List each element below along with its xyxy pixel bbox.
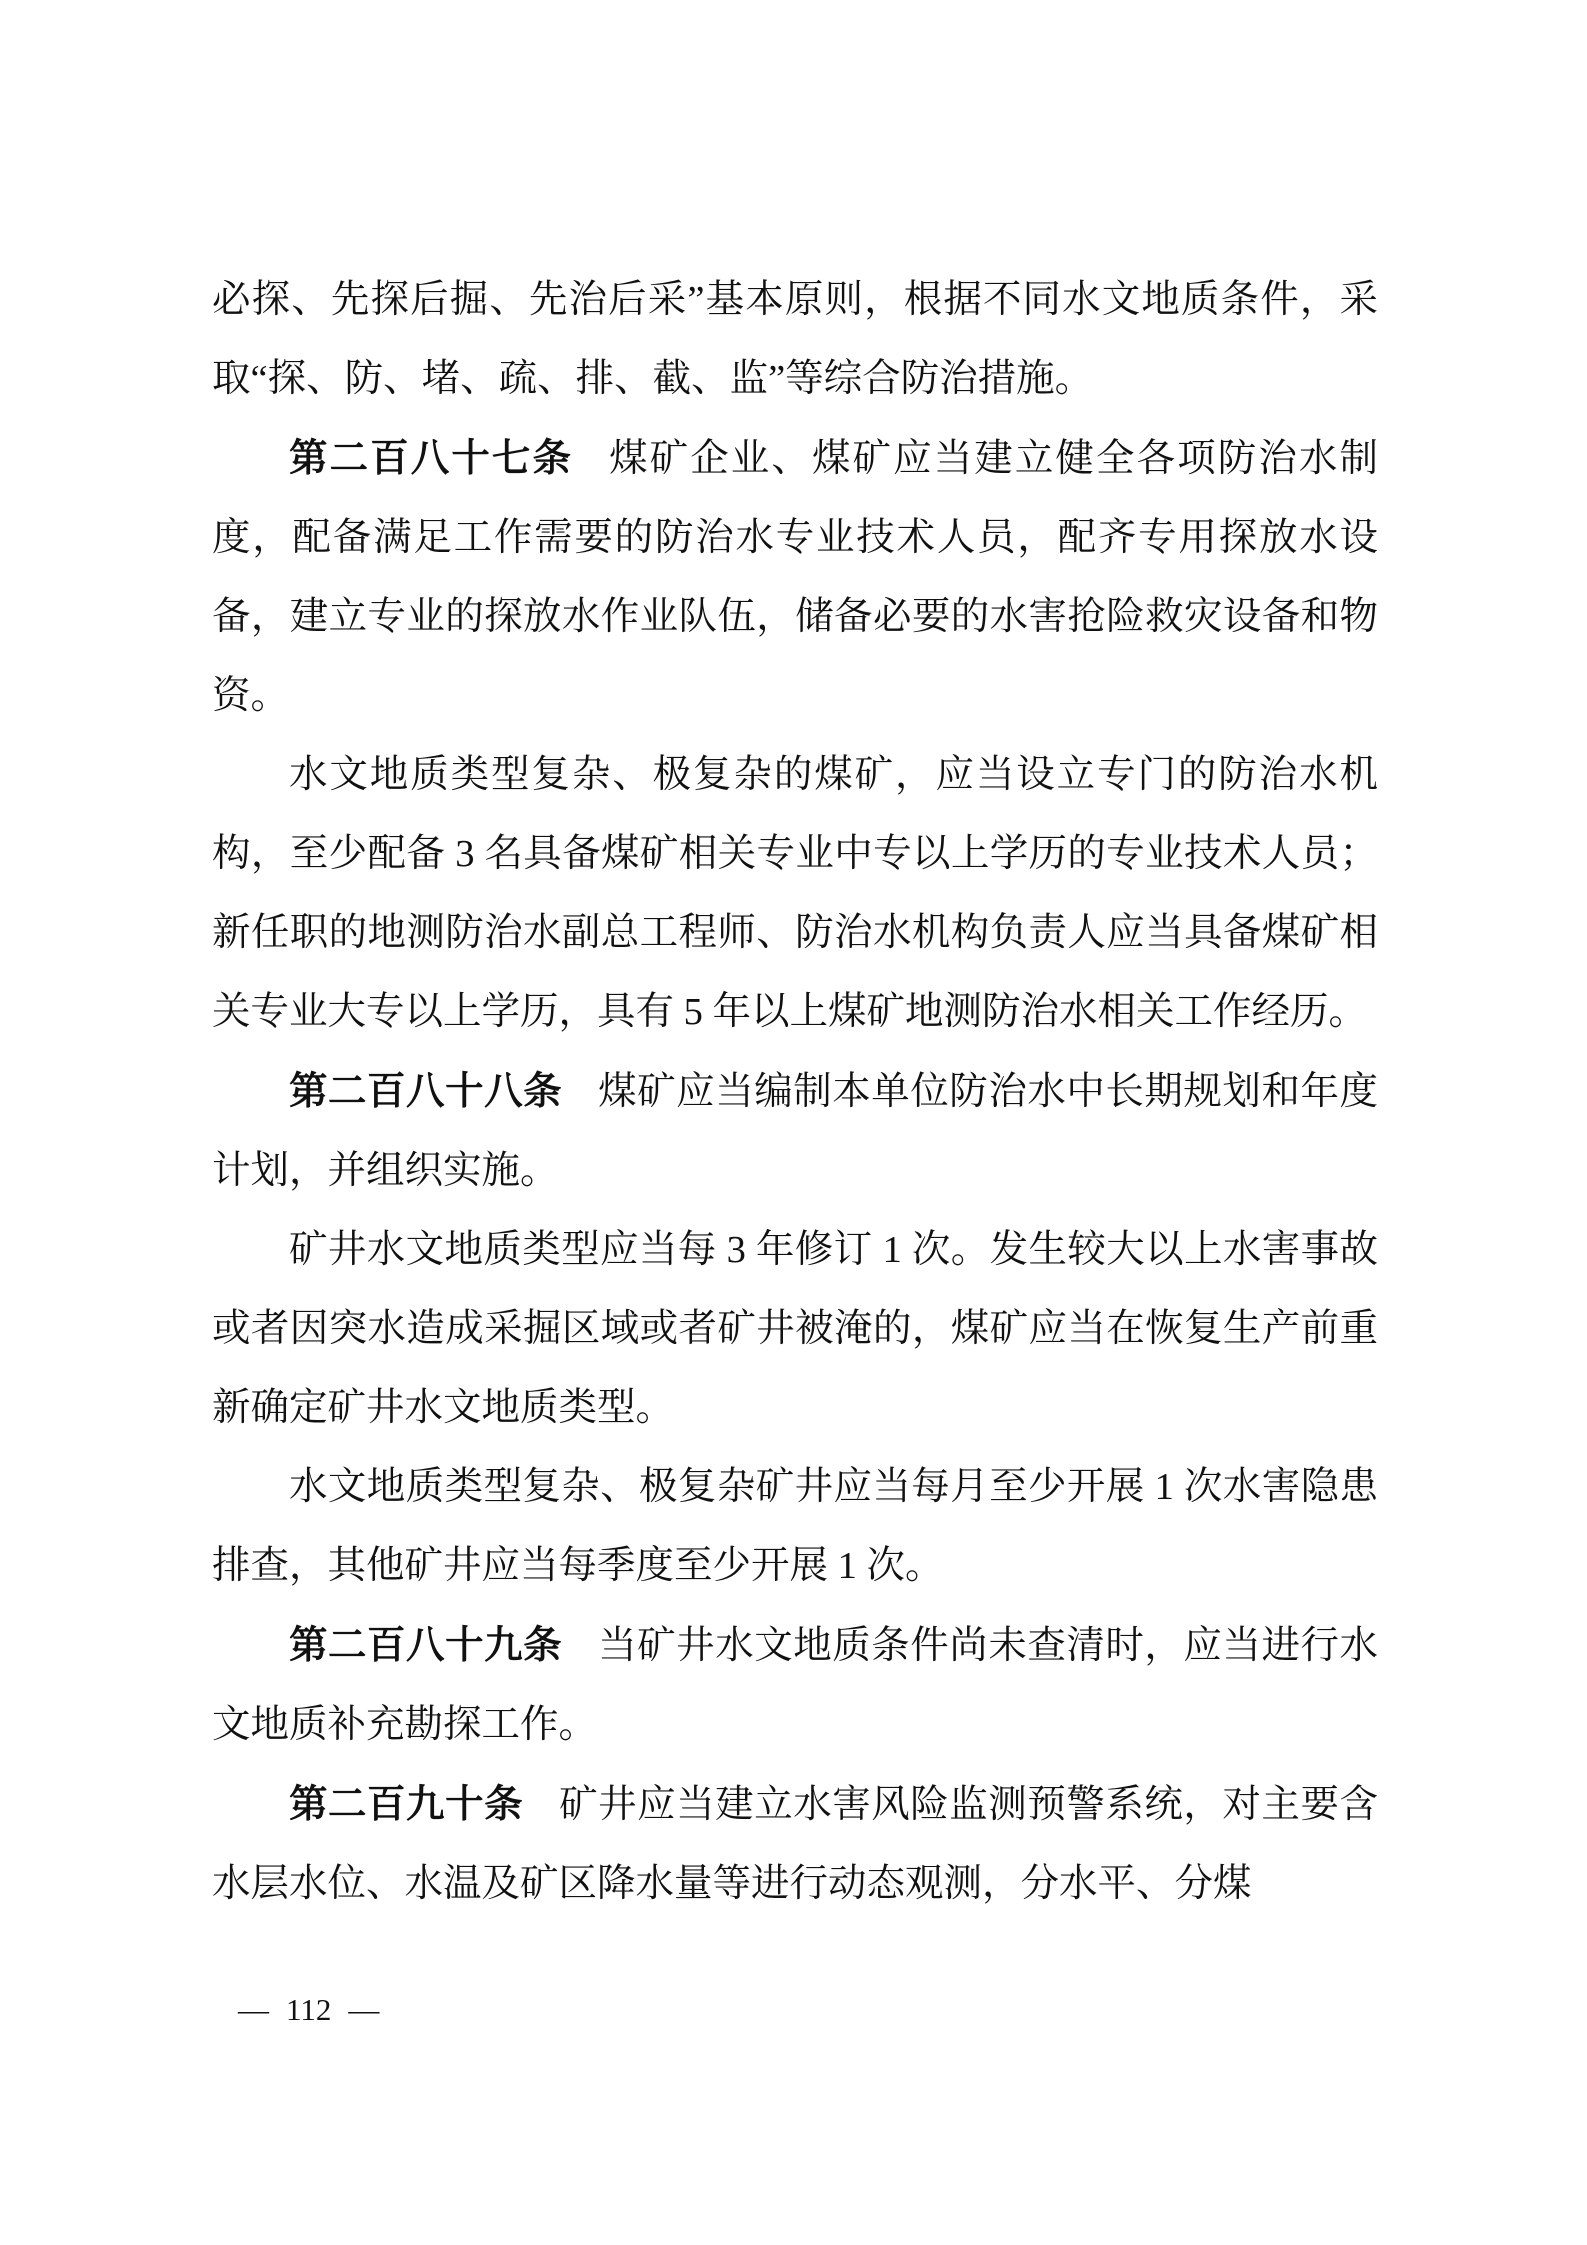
page-number: 112 [286,1992,331,2028]
article-number: 第二百八十七条 [289,437,573,480]
paragraph-text: 水文地质类型复杂、极复杂的煤矿，应当设立专门的防治水机构，至少配备 3 名具备煤… [212,754,1378,1033]
article-paragraph: 第二百八十九条当矿井水文地质条件尚未查清时，应当进行水文地质补充勘探工作。 [212,1606,1378,1765]
document-content: 必探、先探后掘、先治后采”基本原则，根据不同水文地质条件，采取“探、防、堵、疏、… [212,261,1378,1924]
body-paragraph: 水文地质类型复杂、极复杂矿井应当每月至少开展 1 次水害隐患排查，其他矿井应当每… [212,1448,1378,1606]
footer-right-dash: — [348,1992,379,2028]
article-paragraph: 第二百八十七条煤矿企业、煤矿应当建立健全各项防治水制度，配备满足工作需要的防治水… [212,419,1378,736]
article-number: 第二百八十九条 [289,1624,562,1667]
body-paragraph: 矿井水文地质类型应当每 3 年修订 1 次。发生较大以上水害事故或者因突水造成采… [212,1211,1378,1448]
document-page: 必探、先探后掘、先治后采”基本原则，根据不同水文地质条件，采取“探、防、堵、疏、… [0,0,1587,2245]
page-footer: — 112 — [238,1992,379,2028]
body-paragraph: 必探、先探后掘、先治后采”基本原则，根据不同水文地质条件，采取“探、防、堵、疏、… [212,261,1378,419]
paragraph-text: 矿井水文地质类型应当每 3 年修订 1 次。发生较大以上水害事故或者因突水造成采… [212,1229,1378,1429]
article-number: 第二百八十八条 [289,1070,562,1113]
paragraph-text: 水文地质类型复杂、极复杂矿井应当每月至少开展 1 次水害隐患排查，其他矿井应当每… [212,1466,1378,1587]
body-paragraph: 水文地质类型复杂、极复杂的煤矿，应当设立专门的防治水机构，至少配备 3 名具备煤… [212,736,1378,1052]
article-number: 第二百九十条 [289,1783,523,1826]
article-paragraph: 第二百九十条矿井应当建立水害风险监测预警系统，对主要含水层水位、水温及矿区降水量… [212,1765,1378,1924]
paragraph-text: 必探、先探后掘、先治后采”基本原则，根据不同水文地质条件，采取“探、防、堵、疏、… [212,279,1378,400]
article-paragraph: 第二百八十八条煤矿应当编制本单位防治水中长期规划和年度计划，并组织实施。 [212,1052,1378,1211]
footer-left-dash: — [238,1992,269,2028]
